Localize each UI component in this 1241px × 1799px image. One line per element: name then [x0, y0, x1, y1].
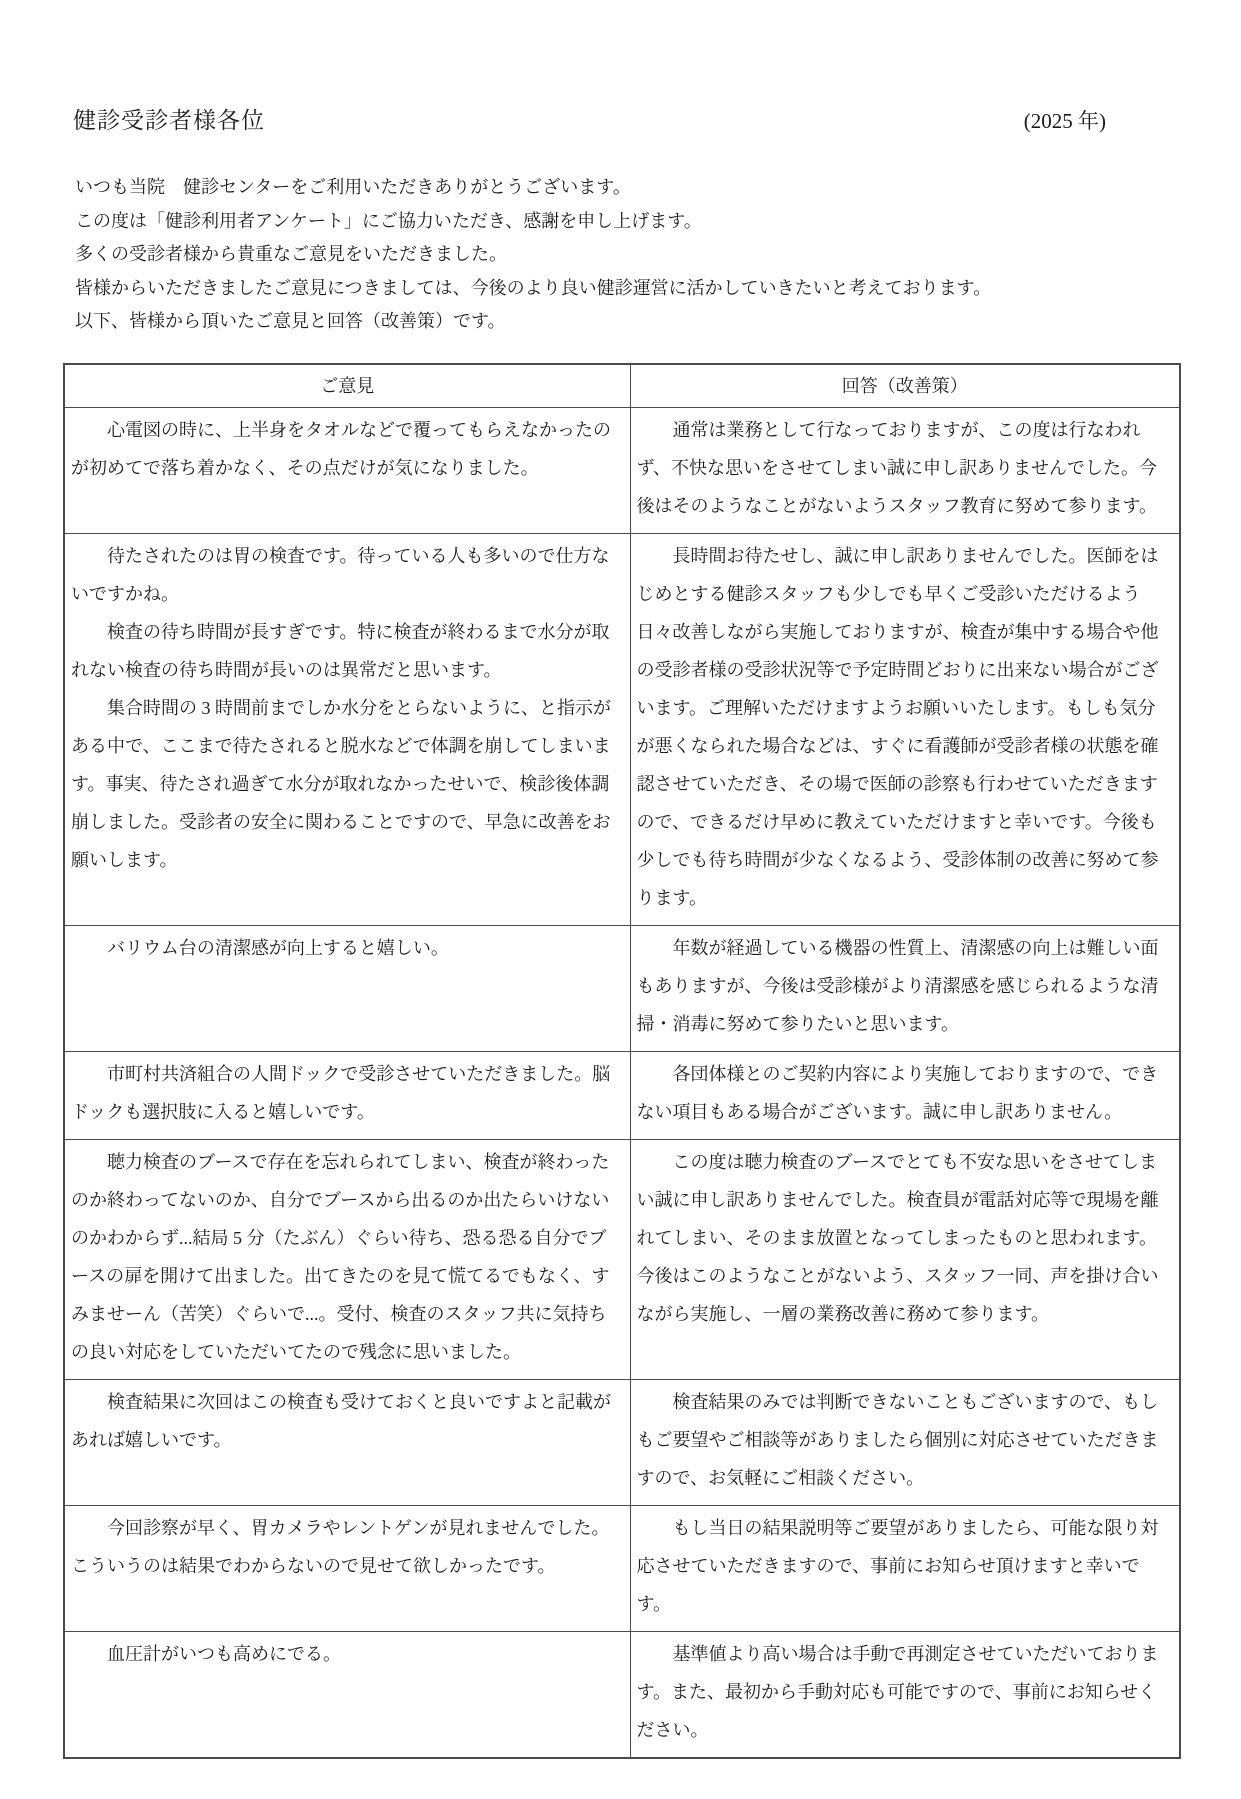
opinion-cell: 今回診察が早く、胃カメラやレントゲンが見れませんでした。こういうのは結果でわから… — [64, 1505, 630, 1631]
doc-year: (2025 年) — [1024, 105, 1106, 135]
table-header-row: ご意見 回答（改善策） — [64, 364, 1180, 408]
paragraph: 心電図の時に、上半身をタオルなどで覆ってもらえなかったのが初めてで落ち着かなく、… — [71, 411, 624, 487]
paragraph: もし当日の結果説明等ご要望がありましたら、可能な限り対応させていただきますので、… — [637, 1509, 1174, 1623]
paragraph: 血圧計がいつも高めにでる。 — [71, 1635, 624, 1673]
paragraph: 検査結果のみでは判断できないこともございますので、もしもご要望やご相談等がありま… — [637, 1383, 1174, 1497]
answer-cell: 年数が経過している機器の性質上、清潔感の向上は難しい面もありますが、今後は受診様… — [630, 925, 1180, 1051]
paragraph: 今回診察が早く、胃カメラやレントゲンが見れませんでした。こういうのは結果でわから… — [71, 1509, 624, 1585]
paragraph: 年数が経過している機器の性質上、清潔感の向上は難しい面もありますが、今後は受診様… — [637, 929, 1174, 1043]
paragraph: 集合時間の 3 時間前までしか水分をとらないように、と指示がある中で、ここまで待… — [71, 689, 624, 879]
answer-cell: もし当日の結果説明等ご要望がありましたら、可能な限り対応させていただきますので、… — [630, 1505, 1180, 1631]
page-title: 健診受診者様各位 — [73, 102, 265, 135]
answer-cell: 各団体様とのご契約内容により実施しておりますので、できない項目もある場合がござい… — [630, 1051, 1180, 1139]
opinion-cell: 市町村共済組合の人間ドックで受診させていただきました。脳ドックも選択肢に入ると嬉… — [64, 1051, 630, 1139]
answer-cell: 基準値より高い場合は手動で再測定させていただいております。また、最初から手動対応… — [630, 1631, 1180, 1758]
paragraph: 聴力検査のブースで存在を忘れられてしまい、検査が終わったのか終わってないのか、自… — [71, 1143, 624, 1371]
table-row: バリウム台の清潔感が向上すると嬉しい。年数が経過している機器の性質上、清潔感の向… — [64, 925, 1180, 1051]
table-row: 心電図の時に、上半身をタオルなどで覆ってもらえなかったのが初めてで落ち着かなく、… — [64, 407, 1180, 533]
opinion-cell: 検査結果に次回はこの検査も受けておくと良いですよと記載があれば嬉しいです。 — [64, 1379, 630, 1505]
opinion-cell: 心電図の時に、上半身をタオルなどで覆ってもらえなかったのが初めてで落ち着かなく、… — [64, 407, 630, 533]
feedback-table: ご意見 回答（改善策） 心電図の時に、上半身をタオルなどで覆ってもらえなかったの… — [63, 363, 1181, 1759]
table-row: 血圧計がいつも高めにでる。基準値より高い場合は手動で再測定させていただいておりま… — [64, 1631, 1180, 1758]
document-page: 健診受診者様各位 (2025 年) いつも当院 健診センターをご利用いただきあり… — [0, 0, 1241, 1799]
paragraph: 待たされたのは胃の検査です。待っている人も多いので仕方ないですかね。 — [71, 537, 624, 613]
opinion-cell: 血圧計がいつも高めにでる。 — [64, 1631, 630, 1758]
intro-line: いつも当院 健診センターをご利用いただきありがとうございます。 — [75, 171, 1178, 205]
paragraph: 各団体様とのご契約内容により実施しておりますので、できない項目もある場合がござい… — [637, 1055, 1174, 1131]
intro-line: 以下、皆様から頂いたご意見と回答（改善策）です。 — [75, 305, 1178, 339]
answer-column-header: 回答（改善策） — [630, 364, 1180, 408]
answer-cell: 検査結果のみでは判断できないこともございますので、もしもご要望やご相談等がありま… — [630, 1379, 1180, 1505]
answer-cell: この度は聴力検査のブースでとても不安な思いをさせてしまい誠に申し訳ありませんでし… — [630, 1139, 1180, 1379]
opinion-cell: バリウム台の清潔感が向上すると嬉しい。 — [64, 925, 630, 1051]
doc-header: 健診受診者様各位 (2025 年) — [63, 102, 1178, 135]
table-row: 今回診察が早く、胃カメラやレントゲンが見れませんでした。こういうのは結果でわから… — [64, 1505, 1180, 1631]
table-row: 検査結果に次回はこの検査も受けておくと良いですよと記載があれば嬉しいです。検査結… — [64, 1379, 1180, 1505]
answer-cell: 長時間お待たせし、誠に申し訳ありませんでした。医師をはじめとする健診スタッフも少… — [630, 533, 1180, 925]
table-row: 市町村共済組合の人間ドックで受診させていただきました。脳ドックも選択肢に入ると嬉… — [64, 1051, 1180, 1139]
opinion-cell: 聴力検査のブースで存在を忘れられてしまい、検査が終わったのか終わってないのか、自… — [64, 1139, 630, 1379]
intro-line: この度は「健診利用者アンケート」にご協力いただき、感謝を申し上げます。 — [75, 205, 1178, 239]
table-row: 聴力検査のブースで存在を忘れられてしまい、検査が終わったのか終わってないのか、自… — [64, 1139, 1180, 1379]
opinion-cell: 待たされたのは胃の検査です。待っている人も多いので仕方ないですかね。検査の待ち時… — [64, 533, 630, 925]
paragraph: この度は聴力検査のブースでとても不安な思いをさせてしまい誠に申し訳ありませんでし… — [637, 1143, 1174, 1333]
paragraph: 検査の待ち時間が長すぎです。特に検査が終わるまで水分が取れない検査の待ち時間が長… — [71, 613, 624, 689]
intro-line: 皆様からいただきましたご意見につきましては、今後のより良い健診運営に活かしていき… — [75, 272, 1178, 306]
paragraph: 検査結果に次回はこの検査も受けておくと良いですよと記載があれば嬉しいです。 — [71, 1383, 624, 1459]
intro-paragraphs: いつも当院 健診センターをご利用いただきありがとうございます。この度は「健診利用… — [63, 171, 1178, 339]
opinion-column-header: ご意見 — [64, 364, 630, 408]
answer-cell: 通常は業務として行なっておりますが、この度は行なわれず、不快な思いをさせてしまい… — [630, 407, 1180, 533]
paragraph: 長時間お待たせし、誠に申し訳ありませんでした。医師をはじめとする健診スタッフも少… — [637, 537, 1174, 917]
table-row: 待たされたのは胃の検査です。待っている人も多いので仕方ないですかね。検査の待ち時… — [64, 533, 1180, 925]
paragraph: 市町村共済組合の人間ドックで受診させていただきました。脳ドックも選択肢に入ると嬉… — [71, 1055, 624, 1131]
intro-line: 多くの受診者様から貴重なご意見をいただきました。 — [75, 238, 1178, 272]
paragraph: バリウム台の清潔感が向上すると嬉しい。 — [71, 929, 624, 967]
paragraph: 基準値より高い場合は手動で再測定させていただいております。また、最初から手動対応… — [637, 1635, 1174, 1749]
paragraph: 通常は業務として行なっておりますが、この度は行なわれず、不快な思いをさせてしまい… — [637, 411, 1174, 525]
